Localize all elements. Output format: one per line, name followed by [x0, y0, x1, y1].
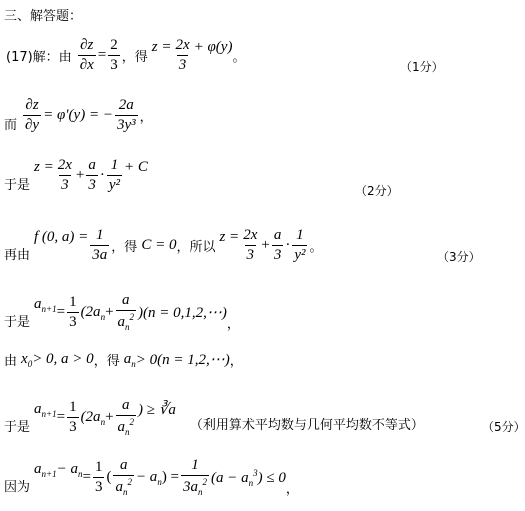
- solution-line-7: 于是 an+1 = 13 (2an + aan2 ) ≥ ∛a （利用算术平均数…: [4, 398, 424, 437]
- fraction: 23: [108, 38, 120, 73]
- fraction: ∂z∂y: [23, 98, 41, 133]
- fraction: aan2: [116, 398, 137, 437]
- inequality-note: （利用算术平均数与几何平均数不等式）: [190, 414, 424, 433]
- solution-line-4: 再由 f (0, a) = 13a ，得 C = 0 ，所以 z = 2x3 +…: [4, 228, 323, 263]
- section-title: 三、解答题：: [4, 5, 82, 24]
- fraction: a3: [272, 228, 284, 263]
- fraction: aan2: [116, 293, 137, 332]
- solution-line-3: 于是 z = 2x3 + a3 · 1y² + C: [4, 158, 148, 193]
- fraction: 13: [67, 295, 79, 330]
- solution-line-5: 于是 an+1 = 13 (2an + aan2 )(n = 0,1,2,⋯) …: [4, 293, 240, 332]
- score-label: （3分）: [437, 248, 481, 265]
- fraction: 13: [67, 400, 79, 435]
- fraction: a3: [86, 158, 98, 193]
- score-label: （5分）: [482, 418, 525, 435]
- fraction: aan2: [113, 458, 134, 497]
- fraction: 2x3: [173, 38, 191, 73]
- fraction: ∂z∂x: [78, 38, 96, 73]
- solution-line-2: 而 ∂z∂y = φ′(y) = − 2a3y³ ，: [4, 98, 153, 133]
- fraction: 13a: [90, 228, 109, 263]
- score-label: （2分）: [355, 182, 399, 199]
- fraction: 13: [93, 460, 105, 495]
- fraction: 1y²: [107, 158, 122, 193]
- solution-line-6: 由 x0 > 0, a > 0 ，得 an > 0(n = 1,2,⋯) ，: [4, 350, 243, 369]
- fraction: 13an2: [181, 458, 209, 497]
- fraction: 1y²: [292, 228, 307, 263]
- score-label: （1分）: [400, 58, 444, 75]
- fraction: 2a3y³: [115, 98, 138, 133]
- solution-line-1: (17)解：由 ∂z∂x = 23 ，得 z = 2x3 + φ(y) 。: [6, 38, 245, 73]
- fraction: 2x3: [241, 228, 259, 263]
- fraction: 2x3: [56, 158, 74, 193]
- solution-line-8: 因为 an+1 − an = 13 ( aan2 − an ) = 13an2 …: [4, 458, 299, 497]
